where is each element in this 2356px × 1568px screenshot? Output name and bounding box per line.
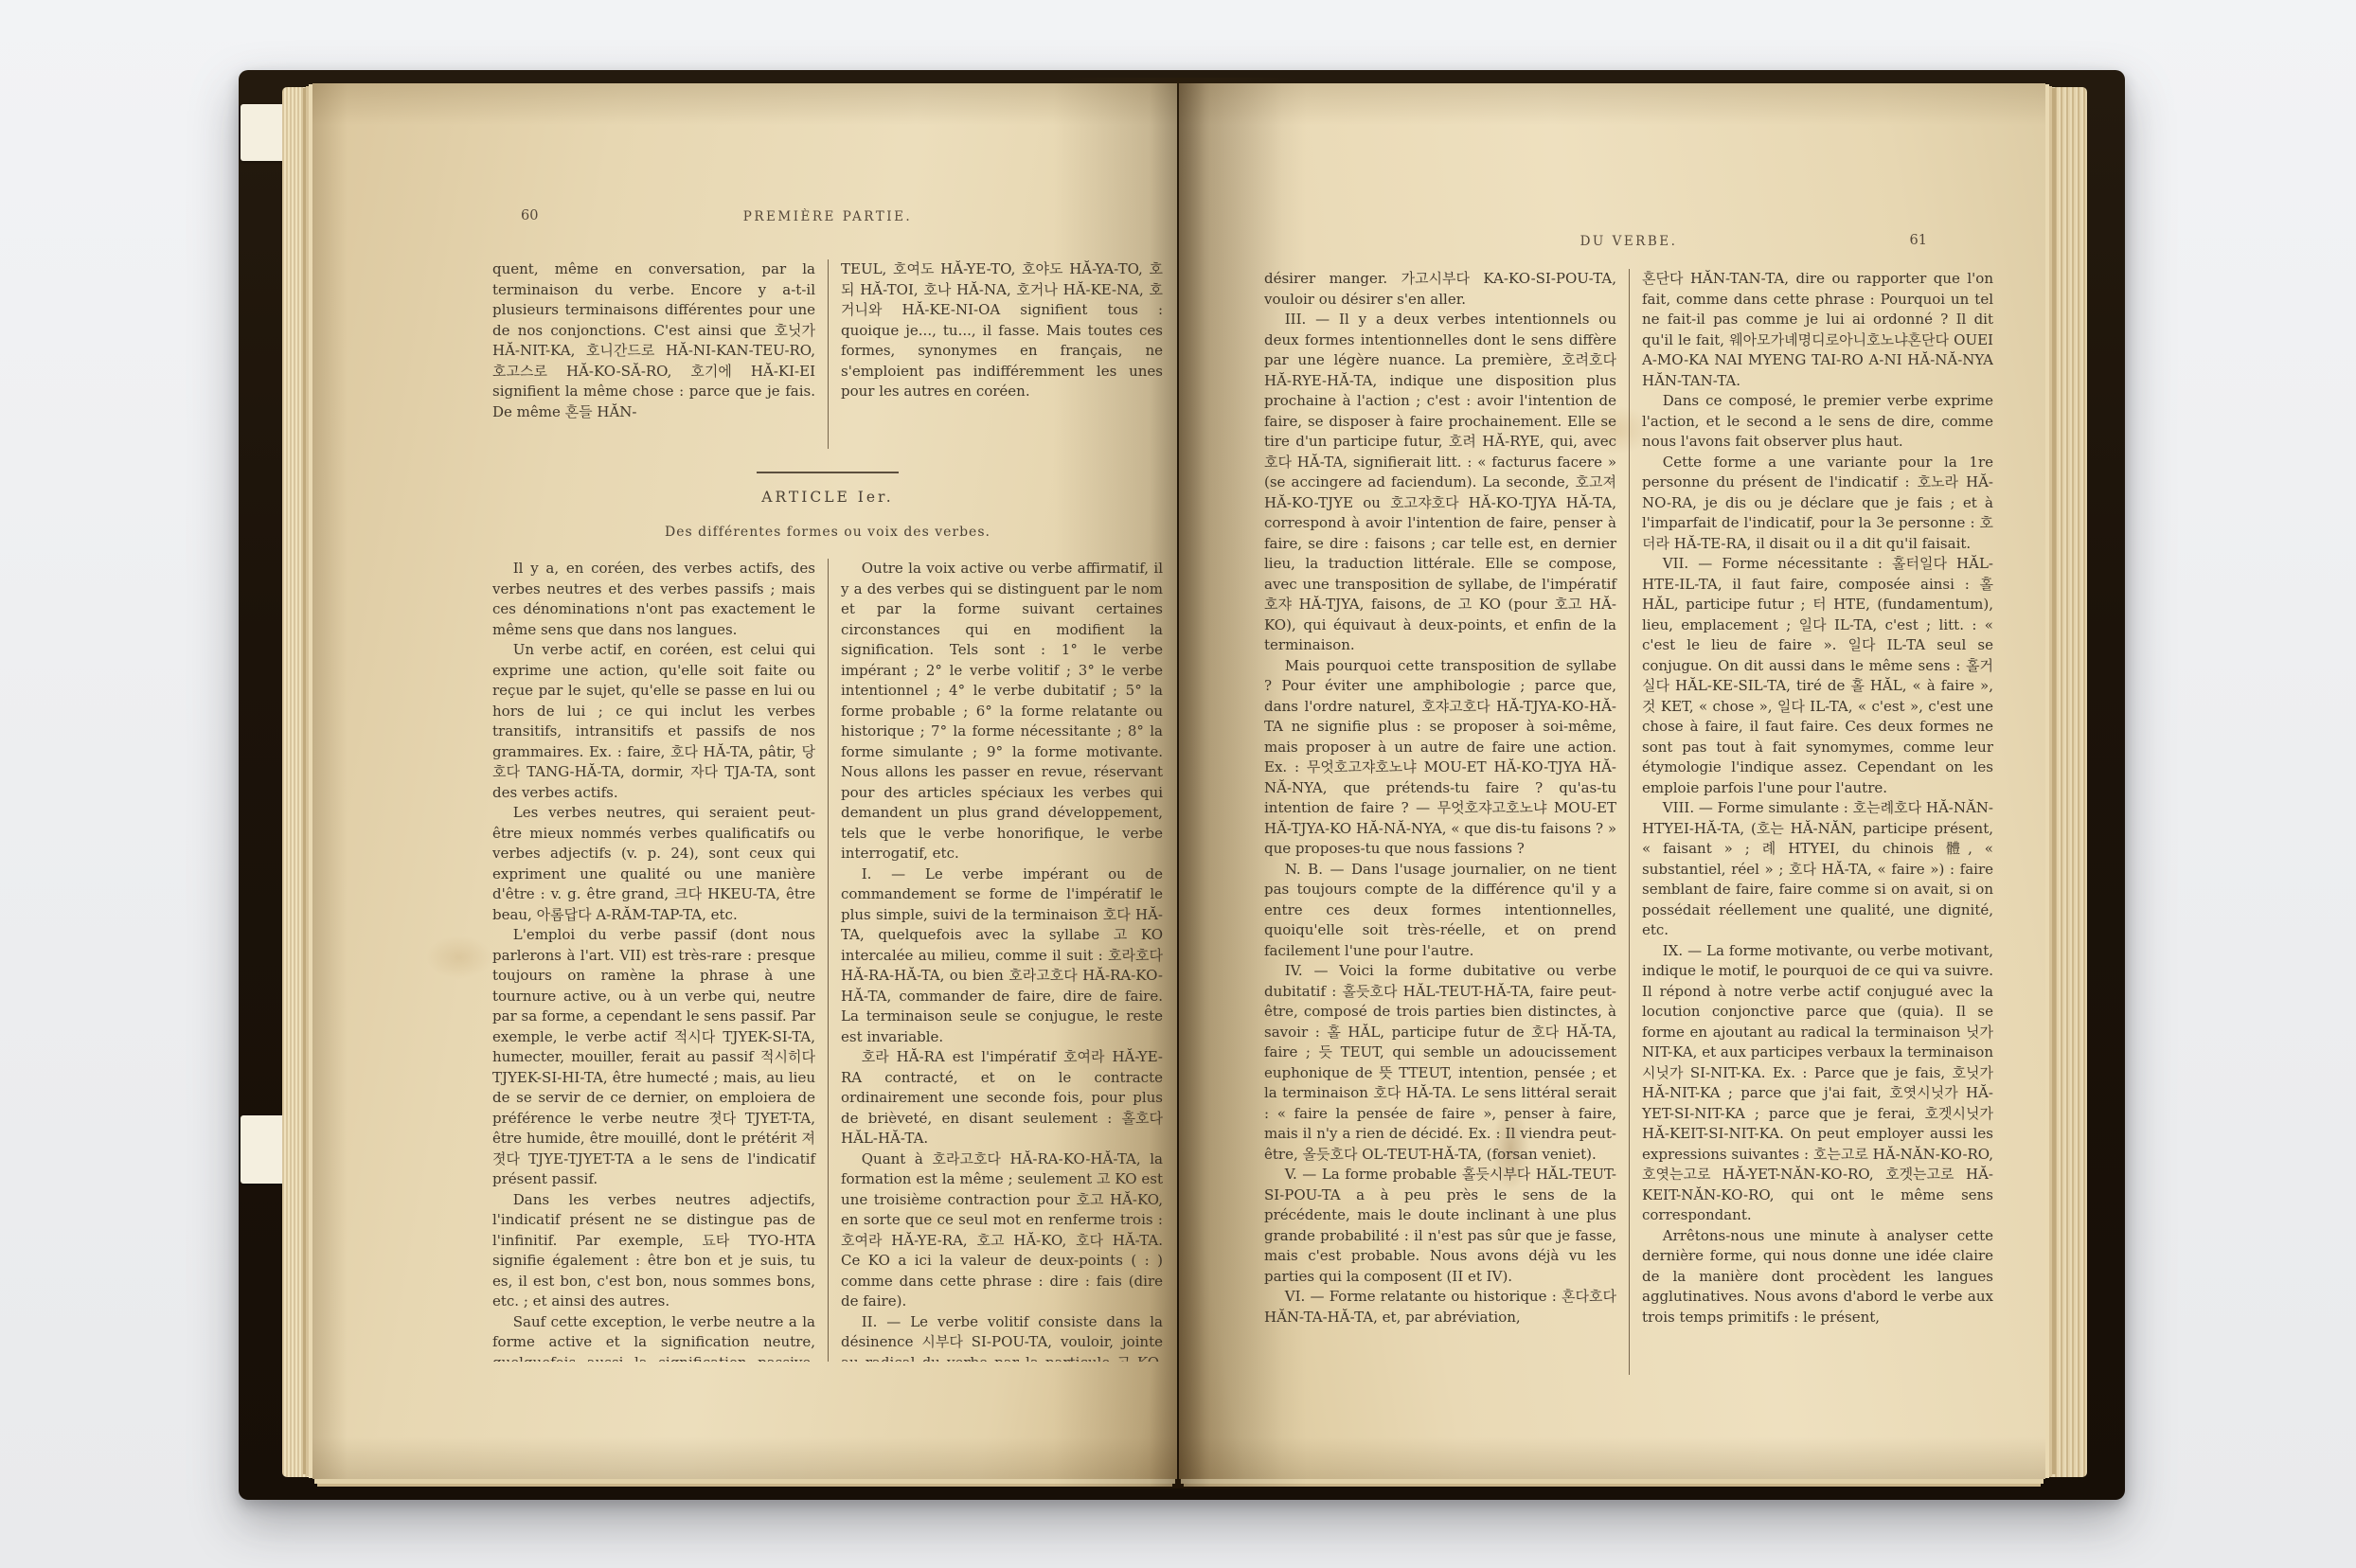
paragraph: Les verbes neutres, qui seraient peut-êt… [492, 803, 815, 925]
running-title: PREMIÈRE PARTIE. [492, 209, 1163, 224]
paragraph: Arrêtons-nous une minute à analyser cett… [1642, 1226, 1993, 1328]
paragraph: 혼단다 HĂN-TAN-TA, dire ou rapporter que l'… [1642, 269, 1993, 391]
running-title: DU VERBE. [1264, 234, 1993, 249]
page-edge-stack-left [282, 87, 312, 1477]
paragraph: Outre la voix active ou verbe affirmatif… [841, 559, 1163, 864]
book-cover: 60 PREMIÈRE PARTIE. quent, même en conve… [239, 70, 2125, 1500]
body-column-1: désirer manger. 가고시부다 KA-KO-SI-POU-TA, v… [1264, 269, 1629, 1375]
paragraph: VIII. — Forme simulante : 호는례호다 HĂ-NĂN-H… [1642, 798, 1993, 941]
paragraph: Quant à 호라고호다 HĂ-RA-KO-HĂ-TA, la formati… [841, 1149, 1163, 1312]
paragraph: désirer manger. 가고시부다 KA-KO-SI-POU-TA, v… [1264, 269, 1616, 310]
body-column-2: 혼단다 HĂN-TAN-TA, dire ou rapporter que l'… [1629, 269, 1993, 1375]
paragraph: Dans les verbes neutres adjectifs, l'ind… [492, 1190, 815, 1312]
page-header-right: DU VERBE. 61 [1264, 233, 1993, 256]
paragraph: IX. — La forme motivante, ou verbe motiv… [1642, 941, 1993, 1226]
paragraph: VII. — Forme nécessitante : 홀터일다 HĂL-HTE… [1642, 554, 1993, 798]
page-header-left: 60 PREMIÈRE PARTIE. [492, 208, 1163, 231]
paragraph: III. — Il y a deux verbes intentionnels … [1264, 310, 1616, 656]
paragraph: Dans ce composé, le premier verbe exprim… [1642, 391, 1993, 453]
paragraph: Cette forme a une variante pour la 1re p… [1642, 453, 1993, 555]
photo-scene: 60 PREMIÈRE PARTIE. quent, même en conve… [0, 0, 2356, 1568]
body-column-2: Outre la voix active ou verbe affirmatif… [828, 559, 1163, 1362]
section-separator-rule [757, 472, 899, 473]
page-right: DU VERBE. 61 désirer manger. 가고시부다 KA-KO… [1179, 83, 2045, 1479]
intro-section: quent, même en conversation, par la term… [492, 259, 1163, 449]
intro-column-1: quent, même en conversation, par la term… [492, 259, 828, 449]
paragraph: IV. — Voici la forme dubitative ou verbe… [1264, 961, 1616, 1165]
body-column-1: Il y a, en coréen, des verbes actifs, de… [492, 559, 828, 1362]
article-subheading: Des différentes formes ou voix des verbe… [492, 525, 1163, 540]
paragraph: VI. — Forme relatante ou historique : 혼다… [1264, 1287, 1616, 1327]
paragraph: I. — Le verbe impérant ou de commandemen… [841, 864, 1163, 1048]
page-number: 61 [1910, 233, 1927, 248]
page-left: 60 PREMIÈRE PARTIE. quent, même en conve… [312, 83, 1177, 1479]
paragraph: N. B. — Dans l'usage journalier, on ne t… [1264, 860, 1616, 962]
paragraph: II. — Le verbe volitif consiste dans la … [841, 1312, 1163, 1363]
paragraph: V. — La forme probable 홀듯시부다 HĂL-TEUT-SI… [1264, 1165, 1616, 1287]
paragraph: Il y a, en coréen, des verbes actifs, de… [492, 559, 815, 640]
body-section-right-page: désirer manger. 가고시부다 KA-KO-SI-POU-TA, v… [1264, 269, 1993, 1375]
paragraph: TEUL, 호여도 HĂ-YE-TO, 호야도 HĂ-YA-TO, 호되 HĂ-… [841, 259, 1163, 402]
article-heading: ARTICLE Ier. [492, 489, 1163, 506]
paper-stain [426, 935, 492, 979]
paragraph: Un verbe actif, en coréen, est celui qui… [492, 640, 815, 803]
paragraph: 호라 HĂ-RA est l'impératif 호여라 HĂ-YE-RA co… [841, 1047, 1163, 1149]
paragraph: Sauf cette exception, le verbe neutre a … [492, 1312, 815, 1363]
paragraph: quent, même en conversation, par la term… [492, 259, 815, 422]
body-section-left-page: Il y a, en coréen, des verbes actifs, de… [492, 559, 1163, 1362]
paragraph: L'emploi du verbe passif (dont nous parl… [492, 925, 815, 1190]
paragraph: Mais pourquoi cette transposition de syl… [1264, 656, 1616, 860]
intro-column-2: TEUL, 호여도 HĂ-YE-TO, 호야도 HĂ-YA-TO, 호되 HĂ-… [828, 259, 1163, 449]
